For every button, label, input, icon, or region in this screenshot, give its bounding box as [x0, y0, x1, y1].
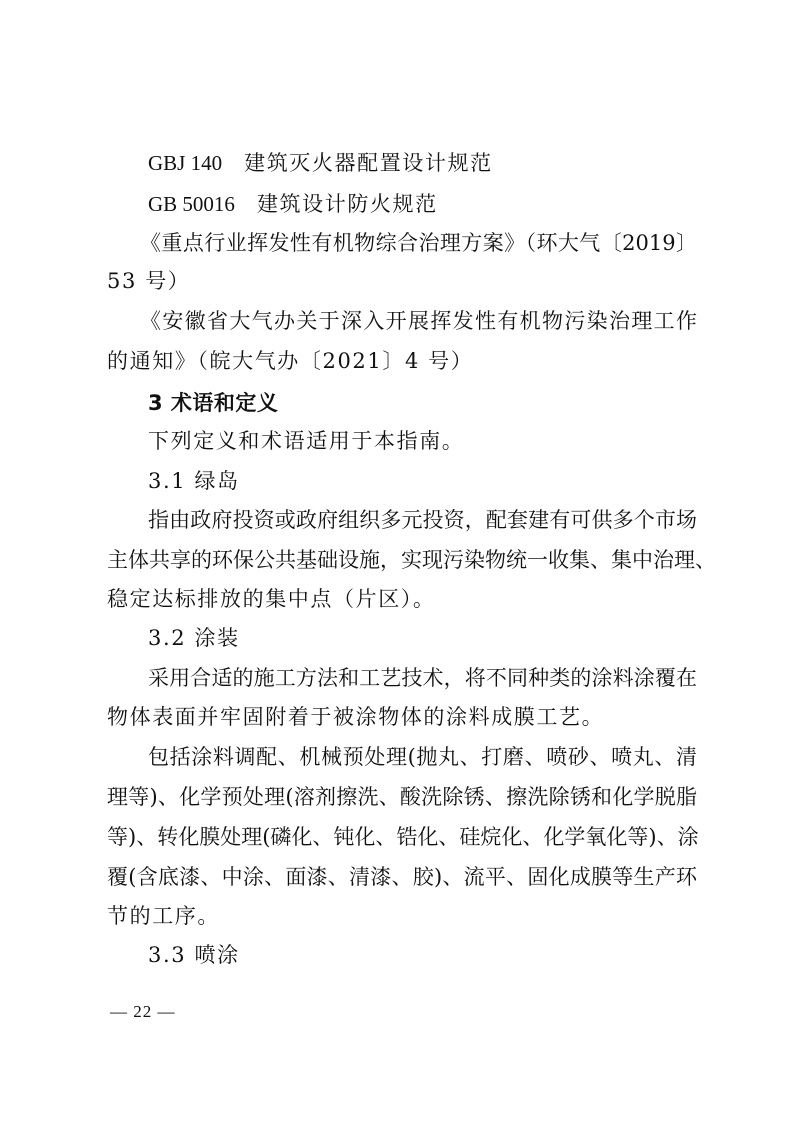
- section-3-heading: 3 术语和定义: [148, 389, 697, 417]
- reference-4-line-1: 《安徽省大气办关于深入开展挥发性有机物污染治理工作: [140, 307, 697, 335]
- section-3-1-line-2: 主体共享的环保公共基础设施，实现污染物统一收集、集中治理、: [107, 546, 697, 574]
- reference-4-line-2: 的通知》（皖大气办〔2021〕4 号）: [107, 347, 697, 375]
- section-3-2-para2-line-2: 理等)、化学预处理(溶剂擦洗、酸洗除锈、擦洗除锈和化学脱脂: [107, 783, 697, 811]
- section-3-1-heading: 3.1 绿岛: [148, 467, 697, 495]
- page-number: — 22 —: [110, 1000, 176, 1024]
- reference-3-line-1: 《重点行业挥发性有机物综合治理方案》（环大气〔2019〕: [140, 229, 697, 257]
- section-3-2-heading: 3.2 涂装: [148, 624, 697, 652]
- section-3-3-heading: 3.3 喷涂: [148, 941, 697, 969]
- section-3-2-para2-line-4: 覆(含底漆、中涂、面漆、清漆、胶)、流平、固化成膜等生产环: [107, 863, 697, 891]
- reference-title: 建筑灭火器配置设计规范: [244, 151, 493, 175]
- reference-code: GB 50016: [148, 192, 235, 216]
- section-3-2-para2-line-3: 等)、转化膜处理(磷化、钝化、锆化、硅烷化、化学氧化等)、涂: [107, 823, 697, 851]
- section-3-2-para1-line-1: 采用合适的施工方法和工艺技术，将不同种类的涂料涂覆在: [148, 664, 697, 692]
- section-3-2-para2-line-5: 节的工序。: [107, 902, 697, 930]
- section-3-1-line-3: 稳定达标排放的集中点（片区）。: [107, 585, 697, 613]
- section-3-1-line-1: 指由政府投资或政府组织多元投资，配套建有可供多个市场: [148, 506, 697, 534]
- document-page: GBJ 140建筑灭火器配置设计规范 GB 50016建筑设计防火规范 《重点行…: [0, 0, 794, 1122]
- reference-3-line-2: 53 号）: [107, 267, 697, 295]
- reference-title: 建筑设计防火规范: [257, 192, 438, 216]
- section-3-intro: 下列定义和术语适用于本指南。: [148, 427, 697, 455]
- reference-line-gb50016: GB 50016建筑设计防火规范: [148, 190, 697, 218]
- reference-line-gbj140: GBJ 140建筑灭火器配置设计规范: [148, 149, 697, 177]
- reference-code: GBJ 140: [148, 151, 222, 175]
- section-3-2-para1-line-2: 物体表面并牢固附着于被涂物体的涂料成膜工艺。: [107, 703, 697, 731]
- section-3-2-para2-line-1: 包括涂料调配、机械预处理(抛丸、打磨、喷砂、喷丸、清: [148, 743, 697, 771]
